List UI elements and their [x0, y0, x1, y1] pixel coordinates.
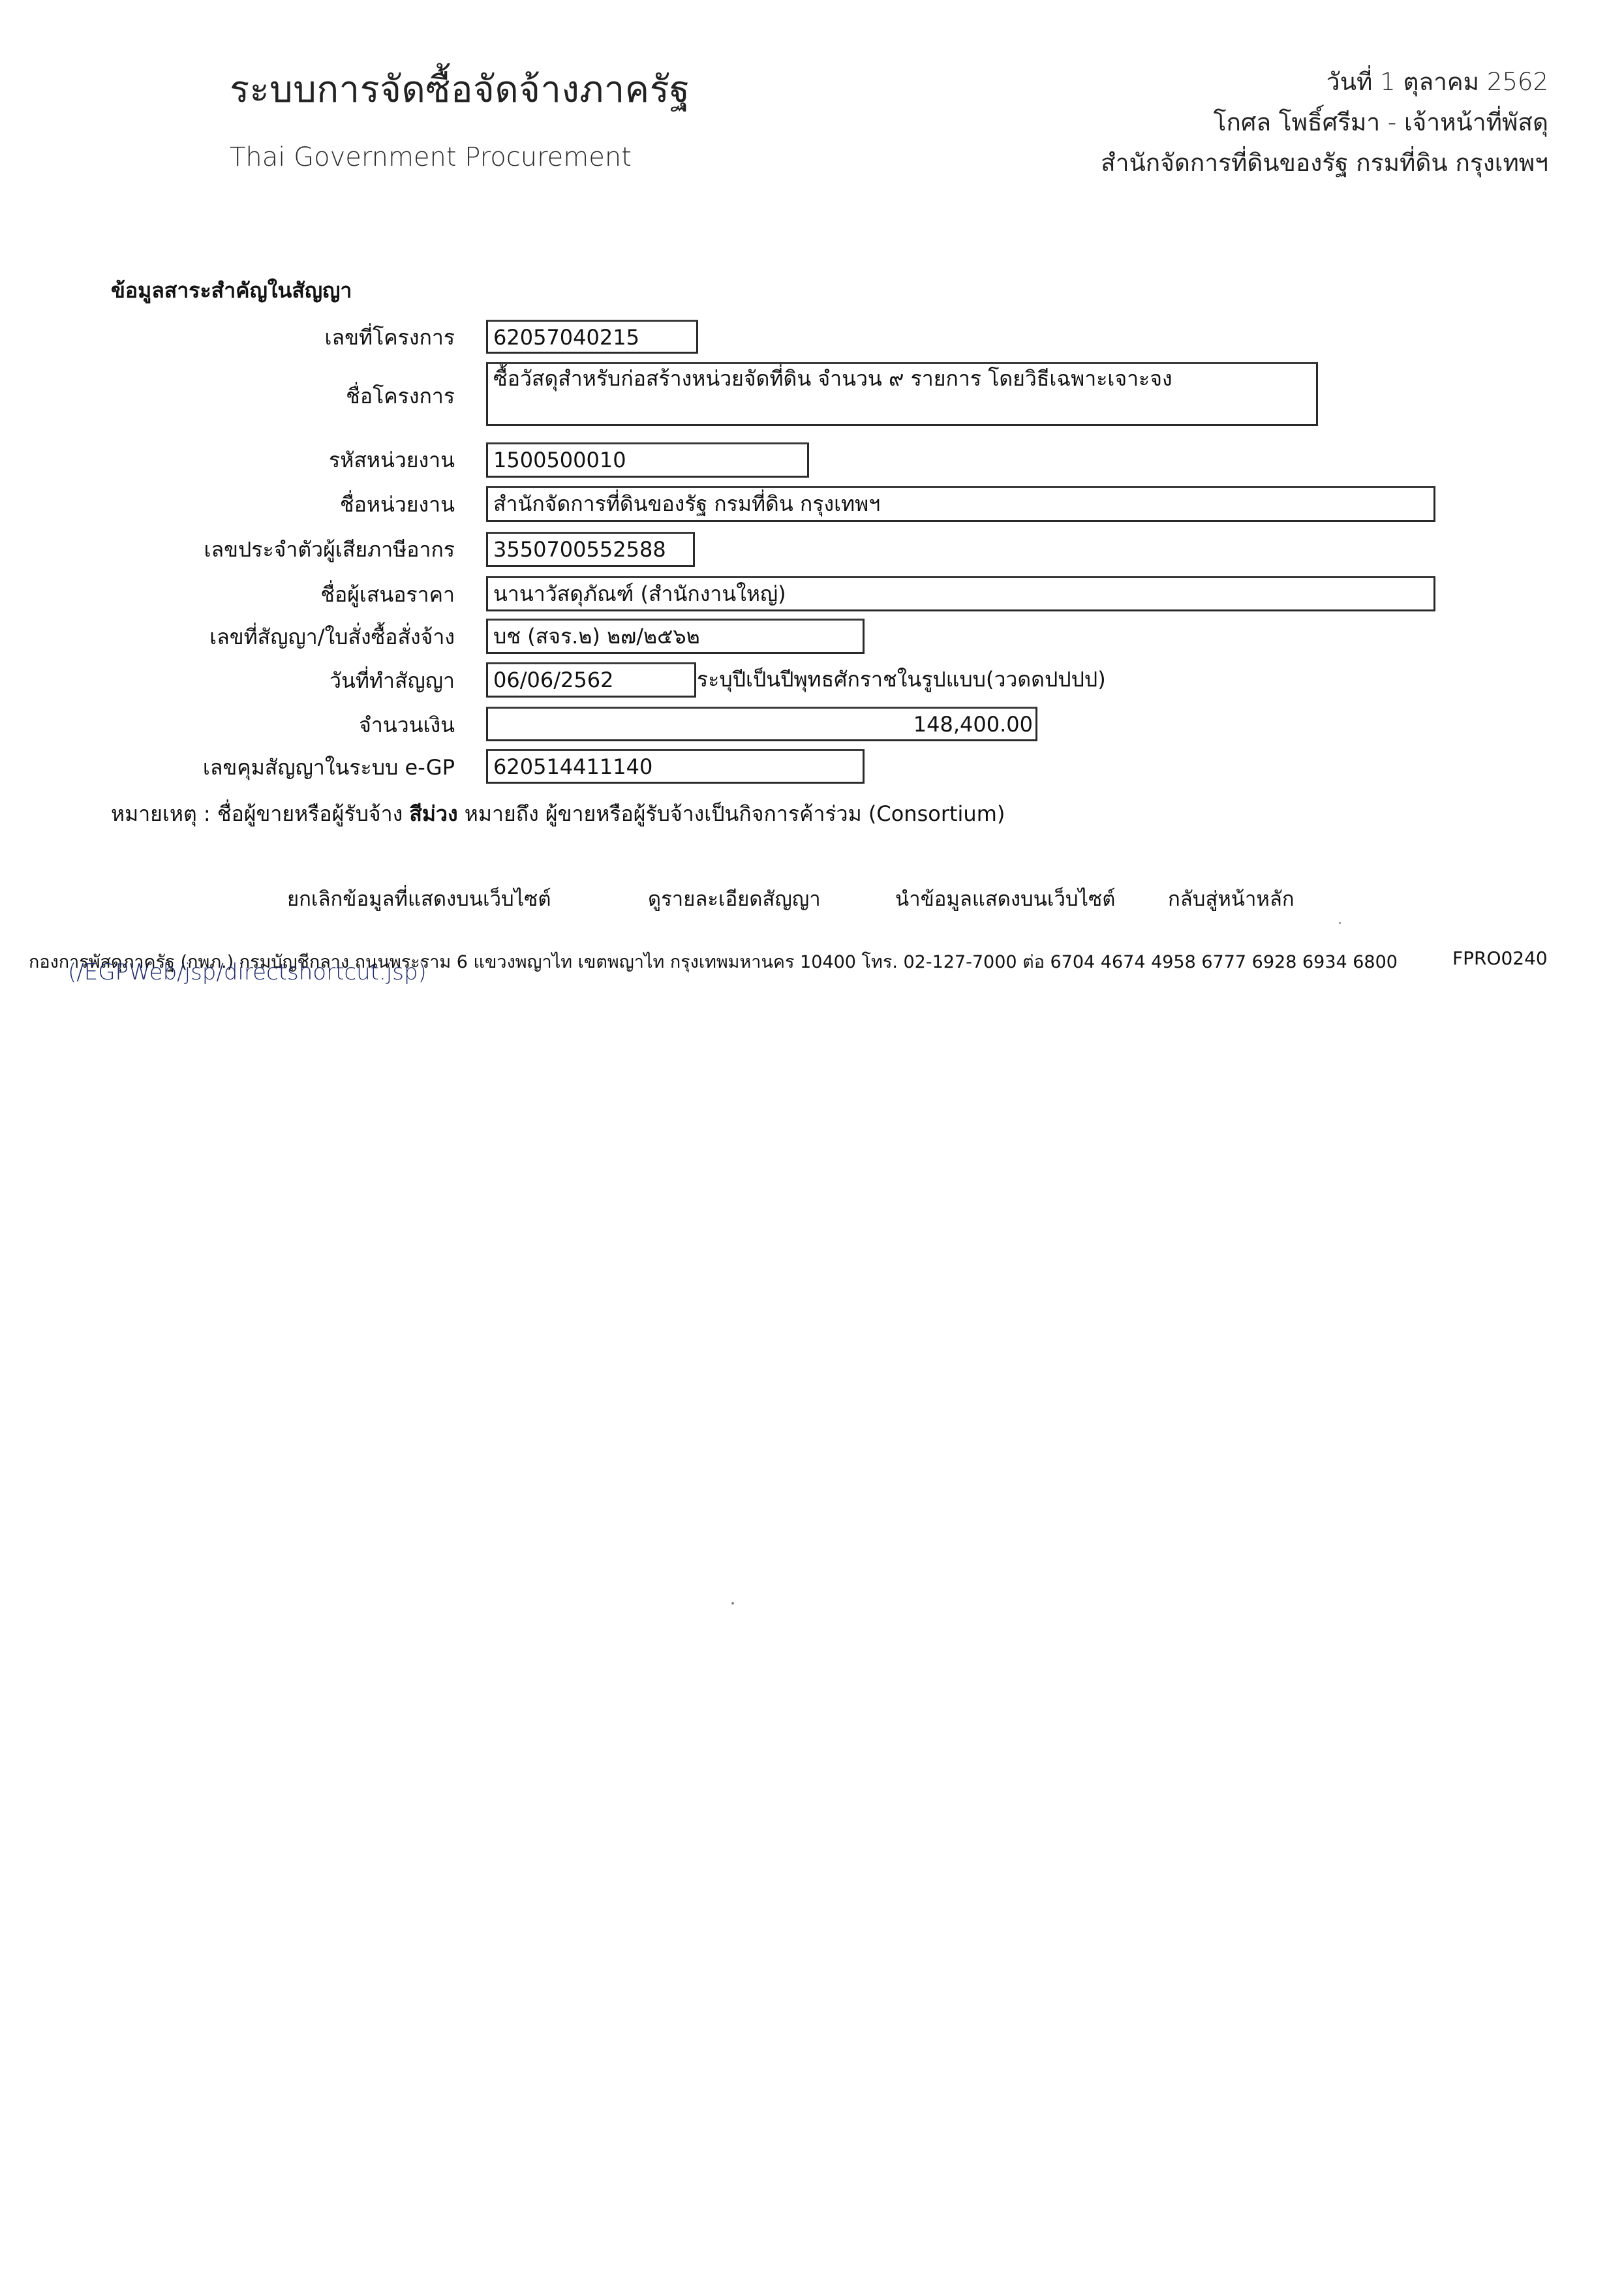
amount-label: จำนวนเงิน: [359, 709, 455, 742]
print-url: (/EGPWeb/jsp/directshortcut.jsp): [68, 959, 427, 985]
egp-control-no-label: เลขคุมสัญญาในระบบ e-GP: [203, 751, 455, 784]
consortium-note: หมายเหตุ : ชื่อผู้ขายหรือผู้รับจ้าง สีม่…: [111, 797, 1005, 831]
note-prefix: หมายเหตุ : ชื่อผู้ขายหรือผู้รับจ้าง: [111, 801, 409, 826]
page-code: FPRO0240: [1452, 947, 1548, 969]
scan-speck: [1339, 922, 1341, 924]
current-date: วันที่ 1 ตุลาคม 2562: [1326, 63, 1548, 101]
agency-name-field[interactable]: สำนักจัดการที่ดินของรัฐ กรมที่ดิน กรุงเท…: [486, 486, 1435, 522]
contract-date-field[interactable]: 06/06/2562: [486, 662, 696, 698]
tax-id-label: เลขประจำตัวผู้เสียภาษีอากร: [204, 533, 455, 566]
user-info: โกศล โพธิ์ศรีมา - เจ้าหน้าที่พัสดุ: [1214, 103, 1548, 142]
amount-field[interactable]: 148,400.00: [486, 707, 1037, 741]
bidder-name-field[interactable]: นานาวัสดุภัณฑ์ (สำนักงานใหญ่): [486, 576, 1435, 611]
agency-code-label: รหัสหน่วยงาน: [329, 444, 455, 477]
contract-no-label: เลขที่สัญญา/ใบสั่งซื้อสั่งจ้าง: [209, 621, 455, 654]
back-home-link[interactable]: กลับสู่หน้าหลัก: [1168, 882, 1295, 915]
egp-control-no-field[interactable]: 620514411140: [486, 749, 865, 784]
note-suffix: หมายถึง ผู้ขายหรือผู้รับจ้างเป็นกิจการค้…: [458, 801, 1005, 826]
project-name-label: ชื่อโครงการ: [346, 380, 455, 413]
publish-link[interactable]: นำข้อมูลแสดงบนเว็บไซต์: [895, 882, 1115, 915]
system-title-thai: ระบบการจัดซื้อจัดจ้างภาครัฐ: [230, 60, 690, 118]
note-highlight-purple: สีม่วง: [409, 801, 457, 826]
contract-date-label: วันที่ทำสัญญา: [329, 664, 455, 698]
agency-code-field[interactable]: 1500500010: [486, 442, 809, 478]
agency-name-label: ชื่อหน่วยงาน: [340, 488, 455, 521]
system-title-english: Thai Government Procurement: [230, 142, 632, 172]
view-contract-link[interactable]: ดูรายละเอียดสัญญา: [648, 882, 821, 915]
project-no-label: เลขที่โครงการ: [325, 321, 455, 354]
section-title: ข้อมูลสาระสำคัญในสัญญา: [111, 274, 352, 307]
tax-id-field[interactable]: 3550700552588: [486, 532, 695, 567]
scan-speck: [731, 1602, 734, 1605]
cancel-display-link[interactable]: ยกเลิกข้อมูลที่แสดงบนเว็บไซต์: [287, 882, 551, 915]
bidder-name-label: ชื่อผู้เสนอราคา: [320, 578, 455, 611]
date-format-hint: ระบุปีเป็นปีพุทธศักราชในรูปแบบ(ววดดปปปป): [697, 663, 1106, 696]
project-no-field[interactable]: 62057040215: [486, 320, 698, 354]
user-organization: สำนักจัดการที่ดินของรัฐ กรมที่ดิน กรุงเท…: [1101, 144, 1548, 182]
contract-no-field[interactable]: บช (สจร.๒) ๒๗/๒๕๖๒: [486, 619, 865, 654]
project-name-field[interactable]: ซื้อวัสดุสำหรับก่อสร้างหน่วยจัดที่ดิน จำ…: [486, 362, 1318, 426]
